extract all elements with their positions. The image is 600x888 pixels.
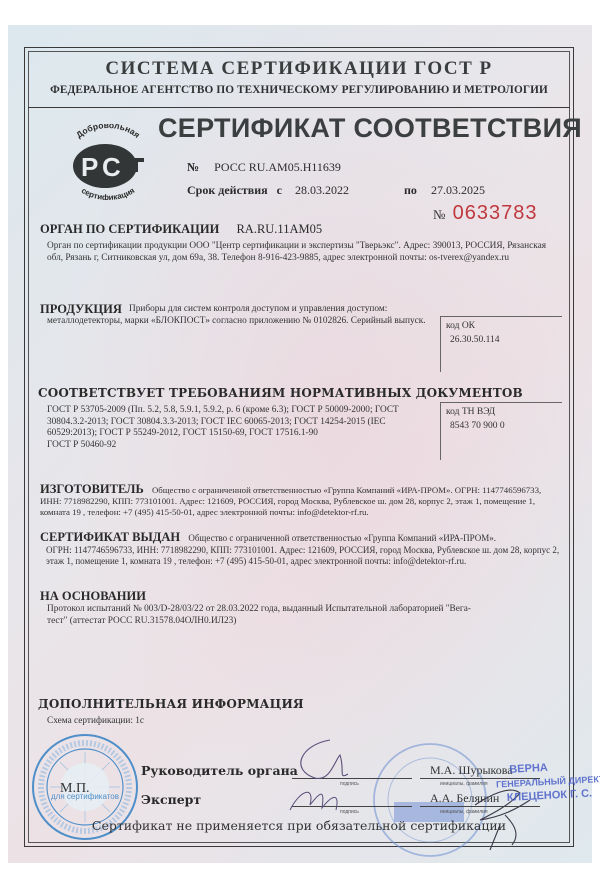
certificate-note: Сертификат не применяется при обязательн… <box>28 818 570 833</box>
additional-heading: ДОПОЛНИТЕЛЬНАЯ ИНФОРМАЦИЯ <box>38 697 304 711</box>
registration-number: № РОСС RU.АМ05.Н11639 <box>187 160 341 175</box>
certification-body-heading: ОРГАН ПО СЕРТИФИКАЦИИ RA.RU.11АМ05 <box>40 222 322 237</box>
additional-text: Схема сертификации: 1с <box>47 716 144 728</box>
okpd-code-value: 26.30.50.114 <box>450 335 562 345</box>
certificate-title: СЕРТИФИКАТ СООТВЕТСТВИЯ <box>158 113 582 144</box>
svg-text:Р: Р <box>81 152 98 182</box>
basis-text: Протокол испытаний № 003/D-28/03/22 от 2… <box>47 604 487 627</box>
svg-text:С: С <box>102 152 121 182</box>
tnved-code-value: 8543 70 900 0 <box>450 421 562 431</box>
tnved-code-box: код ТН ВЭД 8543 70 900 0 <box>440 402 562 460</box>
valid-to: 27.03.2025 <box>431 183 485 198</box>
requirements-heading: СООТВЕТСТВУЕТ ТРЕБОВАНИЯМ НОРМАТИВНЫХ ДО… <box>38 386 523 400</box>
basis-heading: НА ОСНОВАНИИ <box>40 589 146 604</box>
validity-period: Срок действия с 28.03.2022 по 27.03.2025 <box>187 183 349 198</box>
certification-body-text: Орган по сертификации продукции ООО "Цен… <box>47 241 562 264</box>
stamp-place-label: М.П. <box>60 781 90 797</box>
certified-copy-overstamp: ВЕРНА ГЕНЕРАЛЬНЫЙ ДИРЕКТОР КЛЕЦЕНОК Г. С… <box>509 757 600 805</box>
svg-text:сертификация: сертификация <box>80 186 137 200</box>
header-divider <box>28 107 570 108</box>
svg-text:Добровольная: Добровольная <box>74 124 142 140</box>
okpd-code-box: код ОК 26.30.50.114 <box>440 316 562 372</box>
okpd-code-label: код ОК <box>446 321 475 331</box>
rst-logo-icon: Добровольная Р С сертификация <box>58 124 154 200</box>
product-text: Приборы для систем контроля доступом и у… <box>47 304 432 327</box>
valid-from: 28.03.2022 <box>295 183 349 197</box>
certification-body-title: ОРГАН ПО СЕРТИФИКАЦИИ <box>40 222 219 236</box>
requirements-standards: ГОСТ Р 53705-2009 (Пп. 5.2, 5.8, 5.9.1, … <box>47 405 399 438</box>
requirements-standards-last: ГОСТ Р 50460-92 <box>47 440 116 450</box>
to-label: по <box>404 183 417 198</box>
from-label: с <box>277 183 282 197</box>
number-label: № <box>187 160 199 174</box>
blank-number-value: 0633783 <box>453 202 538 224</box>
expert-label: Эксперт <box>141 792 201 807</box>
manufacturer-block: ИЗГОТОВИТЕЛЬ Общество с ограниченной отв… <box>40 484 564 518</box>
issued-to-block: СЕРТИФИКАТ ВЫДАН Общество с ограниченной… <box>40 532 564 568</box>
manufacturer-heading: ИЗГОТОВИТЕЛЬ <box>40 482 144 496</box>
number-value: РОСС RU.АМ05.Н11639 <box>214 160 341 174</box>
validity-label: Срок действия <box>187 183 268 197</box>
blank-number: № 0633783 <box>433 202 538 225</box>
issued-to-text-rest: ОГРН: 1147746596733, ИНН: 7718982290, КП… <box>46 545 564 568</box>
system-title: СИСТЕМА СЕРТИФИКАЦИИ ГОСТ Р <box>28 58 570 80</box>
requirements-text: ГОСТ Р 53705-2009 (Пп. 5.2, 5.8, 5.9.1, … <box>47 405 432 451</box>
issued-to-heading: СЕРТИФИКАТ ВЫДАН <box>40 530 180 544</box>
blank-number-label: № <box>433 207 445 222</box>
certification-body-code: RA.RU.11АМ05 <box>236 222 322 236</box>
agency-name: ФЕДЕРАЛЬНОЕ АГЕНТСТВО ПО ТЕХНИЧЕСКОМУ РЕ… <box>28 84 570 96</box>
signature-scribbles-icon <box>270 730 380 820</box>
tnved-code-label: код ТН ВЭД <box>446 407 495 417</box>
issued-to-text-first: Общество с ограниченной ответственностью… <box>188 533 496 543</box>
